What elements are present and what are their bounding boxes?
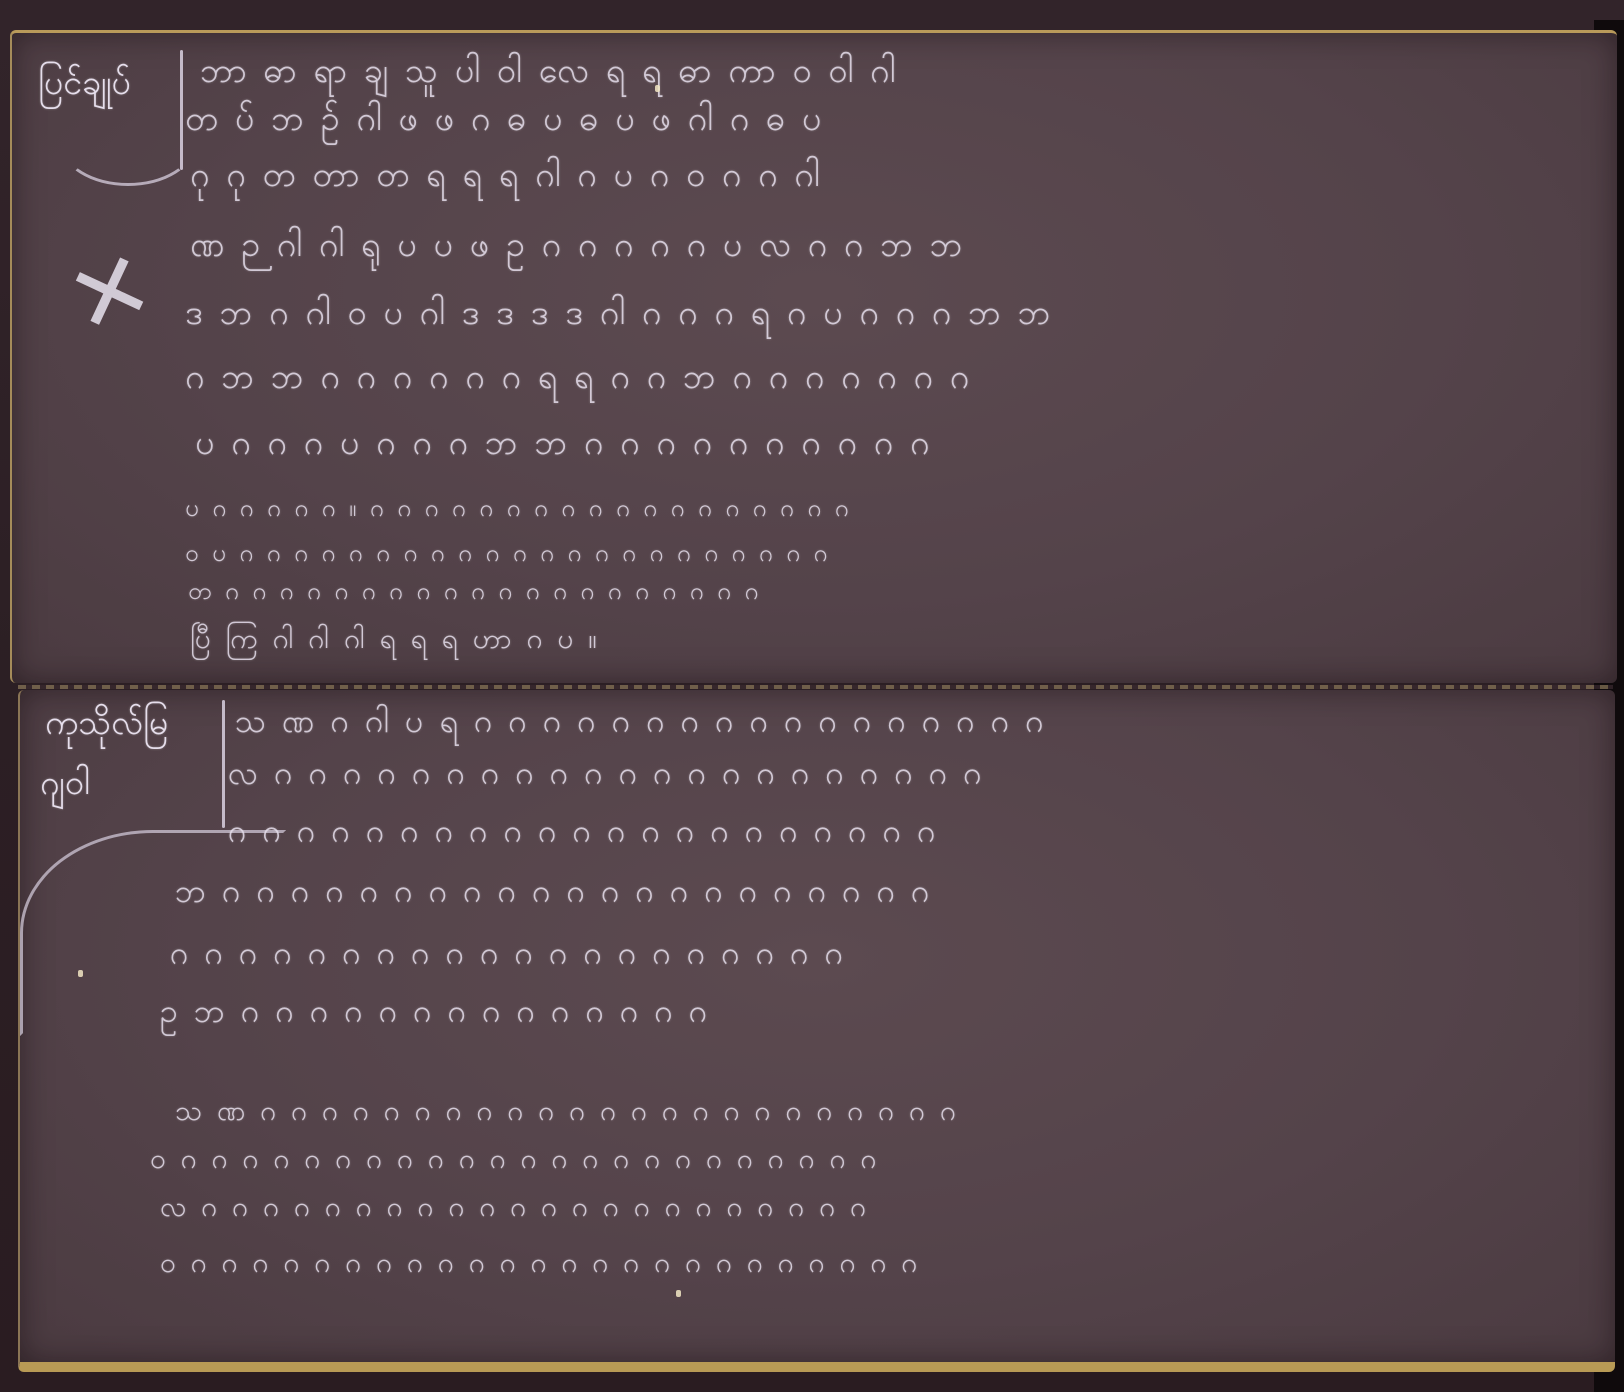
script-line: ဏ ဉ ဂါ ဂါ ရု ပ ပ ဖ ဥ ဂ ဂ ဂ ဂ ဂ ပ လ ဂ ဂ ဘ…: [190, 222, 1530, 273]
script-line: လ ဂ ဂ ဂ ဂ ဂ ဂ ဂ ဂ ဂ ဂ ဂ ဂ ဂ ဂ ဂ ဂ ဂ ဂ ဂ …: [228, 752, 1538, 800]
script-line: ဥ ဘ ဂ ဂ ဂ ဂ ဂ ဂ ဂ ဂ ဂ ဂ ဂ ဂ ဂ ဂ: [160, 990, 880, 1038]
script-line: ဝ ဂ ဂ ဂ ဂ ဂ ဂ ဂ ဂ ဂ ဂ ဂ ဂ ဂ ဂ ဂ ဂ ဂ ဂ ဂ …: [160, 1244, 1540, 1286]
script-line: ပ ဂ ဂ ဂ ပ ဂ ဂ ဂ ဘ ဘ ဂ ဂ ဂ ဂ ဂ ဂ ဂ ဂ ဂ ဂ: [195, 420, 1535, 471]
script-line: ဂ ဂ ဂ ဂ ဂ ဂ ဂ ဂ ဂ ဂ ဂ ဂ ဂ ဂ ဂ ဂ ဂ ဂ ဂ ဂ: [170, 932, 1490, 980]
fold-crease: [18, 685, 1613, 689]
script-line: ဝ ဂ ဂ ဂ ဂ ဂ ဂ ဂ ဂ ဂ ဂ ဂ ဂ ဂ ဂ ဂ ဂ ဂ ဂ ဂ …: [150, 1140, 1510, 1182]
script-line: သ ဏ ဂ ဂါ ပ ရ ဂ ဂ ဂ ဂ ဂ ဂ ဂ ဂ ဂ ဂ ဂ ဂ ဂ ဂ…: [235, 700, 1535, 748]
top-label-arc: [60, 100, 196, 186]
top-side-label: ပြင်ချုပ်: [38, 60, 131, 106]
script-line: လ ဂ ဂ ဂ ဂ ဂ ဂ ဂ ဂ ဂ ဂ ဂ ဂ ဂ ဂ ဂ ဂ ဂ ဂ ဂ …: [160, 1188, 1480, 1230]
speck: [655, 85, 660, 92]
script-line: ဂု ဂု တ တာ တ ရ ရ ရ ဂါ ဂ ပ ဂ ဝ ဂ ဂ ဂါ: [190, 152, 1530, 203]
speck: [676, 1290, 681, 1297]
bottom-side-label-2: ဂျဝါ: [40, 760, 90, 806]
script-line: ဘာ ဓာ ရာ ချ သူ ပါ ဝါ လေ ရ ရ ဓာ ကာ ဝ ဝါ ဂ…: [200, 48, 1530, 99]
script-line: ပြီ ကြ ဂါ ဂါ ဂါ ရ ရ ရ ဟာ ဂ ပ ။: [190, 620, 790, 662]
script-line: ဂ ဂ ဂ ဂ ဂ ဂ ဂ ဂ ဂ ဂ ဂ ဂ ဂ ဂ ဂ ဂ ဂ ဂ ဂ ဂ …: [228, 810, 1528, 858]
script-line: ဝ ပ ဂ ဂ ဂ ဂ ဂ ဂ ဂ ဂ ဂ ဂ ဂ ဂ ဂ ဂ ဂ ဂ ဂ ဂ …: [185, 537, 1545, 573]
script-line: တ ပ် ဘ ဉ် ဂါ ဖ ဖ ဂ ဓ ပ ဓ ပ ဖ ဂါ ဂ ဓ ပ: [185, 96, 1530, 147]
script-line: ဂ ဘ ဘ ဂ ဂ ဂ ဂ ဂ ဂ ရ ရ ဂ ဂ ဘ ဂ ဂ ဂ ဂ ဂ ဂ …: [185, 354, 1535, 405]
script-line: ပ ဂ ဂ ဂ ဂ ဂ ။ ဂ ဂ ဂ ဂ ဂ ဂ ဂ ဂ ဂ ဂ ဂ ဂ ဂ …: [185, 492, 1545, 528]
script-line: သ ဏ ဂ ဂ ဂ ဂ ဂ ဂ ဂ ဂ ဂ ဂ ဂ ဂ ဂ ဂ ဂ ဂ ဂ ဂ …: [175, 1092, 1515, 1134]
script-line: တ ဂ ဂ ဂ ဂ ဂ ဂ ဂ ဂ ဂ ဂ ဂ ဂ ဂ ဂ ဂ ဂ ဂ ဂ ဂ …: [188, 575, 1188, 611]
bottom-side-label-1: ကုသိုလ်မြ: [45, 700, 168, 746]
speck: [78, 970, 83, 977]
script-line: ဘ ဂ ဂ ဂ ဂ ဂ ဂ ဂ ဂ ဂ ဂ ဂ ဂ ဂ ဂ ဂ ဂ ဂ ဂ ဂ …: [175, 870, 1535, 918]
script-line: ဒ ဘ ဂ ဂါ ဝ ပ ဂါ ဒ ဒ ဒ ဒ ဂါ ဂ ဂ ဂ ရ ဂ ပ ဂ…: [185, 290, 1530, 341]
bottom-label-bracket: [222, 700, 225, 828]
